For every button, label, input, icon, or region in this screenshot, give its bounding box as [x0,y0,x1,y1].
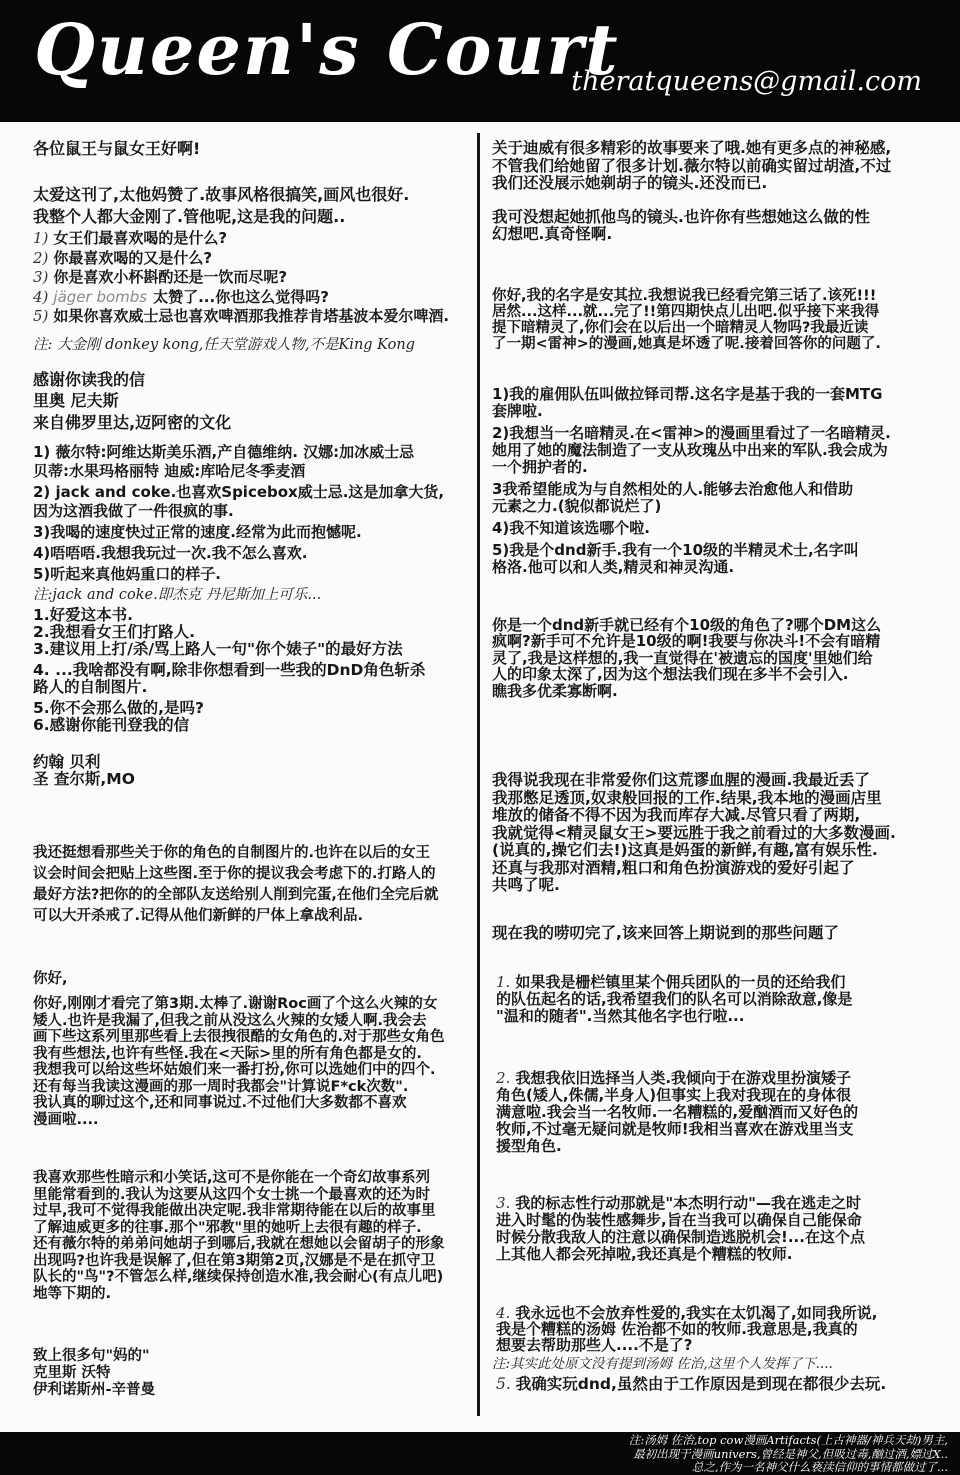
page-footer: 注:汤姆 佐治,top cow漫画Artifacts(上古神器/神兵天劫)男主,… [0,1432,960,1475]
letter1-signature: 感谢你读我的信 里奥 尼夫斯 来自佛罗里达,迈阿密的文化 [33,369,473,434]
footer-note-line: 总之,作为一名神父什么亵渎信仰的事情都做过了... [629,1461,948,1475]
translator-note-tom-judge: 注:其实此处原文没有提到汤姆 佐治,这里个人发挥了下.... [492,1356,948,1372]
question-item: 1)女王们最喜欢喝的是什么? [33,229,473,249]
right-column: 关于迪威有很多精彩的故事要来了哦.她有更多点的神秘感, 不管我们给她留了很多计划… [492,136,948,1393]
answer-text: 如果我是栅栏镇里某个佣兵团队的一员的还给我们 的队伍起名的话,我希望我们的队名可… [496,973,852,1025]
question-number: 4) [33,288,48,306]
letter2-item: 3.建议用上打/杀/骂上路人一句"你个婊子"的最好方法 [33,641,473,658]
letter1-questions: 1)女王们最喜欢喝的是什么? 2)你最喜欢喝的又是什么? 3)你是喜欢小杯斟酌还… [33,229,473,327]
editor-reply-dnd: 你是一个dnd新手就已经有个10级的角色了?哪个DM这么 疯啊?新手可不允许是1… [492,617,948,700]
question-item: 5)如果你喜欢威士忌也喜欢啤酒那我推荐肯塔基波本爱尔啤酒. [33,307,473,327]
answer-item: 3我希望能成为与自然相处的人.能够去治愈他人和借助 元素之力.(貌似都说烂了) [492,481,948,515]
question-item: 4)jäger bombs太赞了...你也这么觉得吗? [33,288,473,308]
answer-item: 2)我想当一名暗精灵.在<雷神>的漫画里看过了一名暗精灵. 她用了她的魔法制造了… [492,425,948,476]
letter3-greeting: 你好, [33,971,473,988]
question-text: 你是喜欢小杯斟酌还是一饮而尽呢? [53,268,287,286]
numbered-answer: 4.我永远也不会放弃性爱的,我实在太饥渴了,如同我所说, 我是个糟糕的汤姆 佐治… [492,1305,948,1353]
contact-email[interactable]: theratqueens@gmail.com [571,66,922,97]
numbered-answer: 5.我确实玩dnd,虽然由于工作原因是到现在都很少去玩. [492,1376,948,1393]
jager-bombs-phrase: jäger bombs [53,288,147,306]
answer-item: 5)听起来真他妈重口的样子. [33,565,473,584]
answer-item: 4)唔唔唔.我想我玩过一次.我不怎么喜欢. [33,544,473,563]
letter2-signature: 约翰 贝利 圣 查尔斯,MO [33,754,473,788]
translator-note-donkey-kong: 注: 大金刚 donkey kong,任天堂游戏人物,不是King Kong [33,336,473,354]
answer-text: 我永远也不会放弃性爱的,我实在太饥渴了,如同我所说, 我是个糟糕的汤姆 佐治都不… [496,1304,877,1354]
letter2-item: 4. ...我啥都没有啊,除非你想看到一些我的DnD角色斩杀 路人的自制图片. [33,662,473,696]
letter2-item: 2.我想看女王们打路人. [33,624,473,641]
left-column: 各位鼠王与鼠女王好啊! 太爱这刊了,太他妈赞了.故事风格很搞笑,画风也很好. 我… [33,132,473,1399]
question-number: 1) [33,229,48,247]
numbered-answer: 3.我的标志性行动那就是"本杰明行动"—我在逃走之时 进入时髦的伪装性感舞步,旨… [492,1195,948,1263]
question-number: 2) [33,249,48,267]
answer-item: 5)我是个dnd新手.我有一个10级的半精灵术士,名字叫 格洛.他可以和人类,精… [492,542,948,576]
letter3-body-2: 我喜欢那些性暗示和小笑话,这可不是你能在一个奇幻故事系列 里能常看到的.我认为这… [33,1170,473,1302]
letter5-transition: 现在我的唠叨完了,该来回答上期说到的那些问题了 [492,925,948,942]
answer-number: 2. [496,1069,510,1087]
letter2-item: 5.你不会那么做的,是吗? [33,700,473,717]
letter1-answers: 1) 薇尔特:阿维达斯美乐酒,产自德维纳. 汉娜:加冰威士忌 贝蒂:水果玛格丽特… [33,443,473,584]
letter4-intro: 你好,我的名字是安其拉.我想说我已经看完第三话了.该死!!! 居然...这样..… [492,288,948,352]
question-item: 3)你是喜欢小杯斟酌还是一饮而尽呢? [33,268,473,288]
letter1-greeting: 各位鼠王与鼠女王好啊! [33,138,473,159]
answer-number: 3. [496,1194,510,1212]
question-text: 太赞了...你也这么觉得吗? [153,288,329,306]
answer-item: 1) 薇尔特:阿维达斯美乐酒,产自德维纳. 汉娜:加冰威士忌 贝蒂:水果玛格丽特… [33,443,473,481]
letter2-reply: 我还挺想看那些关于你的角色的自制图片的.也许在以后的女王 议会时间会把贴上这些图… [33,843,473,927]
answer-text: 我的标志性行动那就是"本杰明行动"—我在逃走之时 进入时髦的伪装性感舞步,旨在当… [496,1194,865,1263]
letter2-item: 1.好爱这本书. [33,607,473,624]
column-divider [477,133,480,1416]
letter2-list: 1.好爱这本书. 2.我想看女王们打路人. 3.建议用上打/杀/骂上路人一句"你… [33,607,473,734]
answer-text: 我确实玩dnd,虽然由于工作原因是到现在都很少去玩. [516,1375,887,1393]
numbered-answer: 1.如果我是栅栏镇里某个佣兵团队的一员的还给我们 的队伍起名的话,我希望我们的队… [492,974,948,1025]
question-text: 你最喜欢喝的又是什么? [53,249,212,267]
question-text: 如果你喜欢威士忌也喜欢啤酒那我推荐肯塔基波本爱尔啤酒. [53,307,449,325]
letter3-signature: 致上很多句"妈的" 克里斯 沃特 伊利诺斯州-辛普曼 [33,1348,473,1399]
question-item: 2)你最喜欢喝的又是什么? [33,249,473,269]
answer-number: 5. [496,1375,511,1393]
page-header: Queen's Court theratqueens@gmail.com [0,0,960,122]
answer-text: 我想我依旧选择当人类.我倾向于在游戏里扮演矮子 角色(矮人,侏儒,半身人)但事实… [496,1069,858,1155]
page-title: Queen's Court [34,8,620,91]
letter2-item: 6.感谢你能刊登我的信 [33,717,473,734]
editor-reply-dewey: 关于迪威有很多精彩的故事要来了哦.她有更多点的神秘感, 不管我们给她留了很多计划… [492,140,948,193]
footer-note-line: 最初出现于漫画univers,曾经是神父,但吸过毒,酗过酒,嫖过X.. [629,1448,948,1462]
footer-translator-note: 注:汤姆 佐治,top cow漫画Artifacts(上古神器/神兵天劫)男主,… [629,1434,948,1475]
letters-page: Queen's Court theratqueens@gmail.com 各位鼠… [0,0,960,1475]
letter5-body: 我得说我现在非常爱你们这荒谬血腥的漫画.我最近丢了 我那憋足透顶,奴隶般回报的工… [492,772,948,895]
letter4-answers: 1)我的雇佣队伍叫做拉铎司帮.这名字是基于我的一套MTG 套牌啦. 2)我想当一… [492,386,948,576]
answer-item: 3)我喝的速度快过正常的速度.经常为此而抱憾呢. [33,523,473,542]
editor-reply-fantasy: 我可没想起她抓他鸟的镜头.也许你有些想她这么做的性 幻想吧.真奇怪啊. [492,209,948,244]
answer-number: 1. [496,973,510,991]
letter1-intro: 太爱这刊了,太他妈赞了.故事风格很搞笑,画风也很好. 我整个人都大金刚了.管他呢… [33,184,473,228]
answer-item: 1)我的雇佣队伍叫做拉铎司帮.这名字是基于我的一套MTG 套牌啦. [492,386,948,420]
letter3-body: 你好,刚刚才看完了第3期.太棒了.谢谢Roc画了个这么火辣的女 矮人.也许是我漏… [33,996,473,1128]
translator-note-jack-coke: 注:jack and coke.即杰克 丹尼斯加上可乐... [33,586,473,604]
question-number: 3) [33,268,48,286]
footer-note-line: 注:汤姆 佐治,top cow漫画Artifacts(上古神器/神兵天劫)男主, [629,1434,948,1448]
answer-item: 2) jack and coke.也喜欢Spicebox威士忌.这是加拿大货, … [33,483,473,521]
question-text: 女王们最喜欢喝的是什么? [53,229,227,247]
question-number: 5) [33,307,48,325]
numbered-answer: 2.我想我依旧选择当人类.我倾向于在游戏里扮演矮子 角色(矮人,侏儒,半身人)但… [492,1070,948,1155]
answer-item: 4)我不知道该选哪个啦. [492,520,948,537]
